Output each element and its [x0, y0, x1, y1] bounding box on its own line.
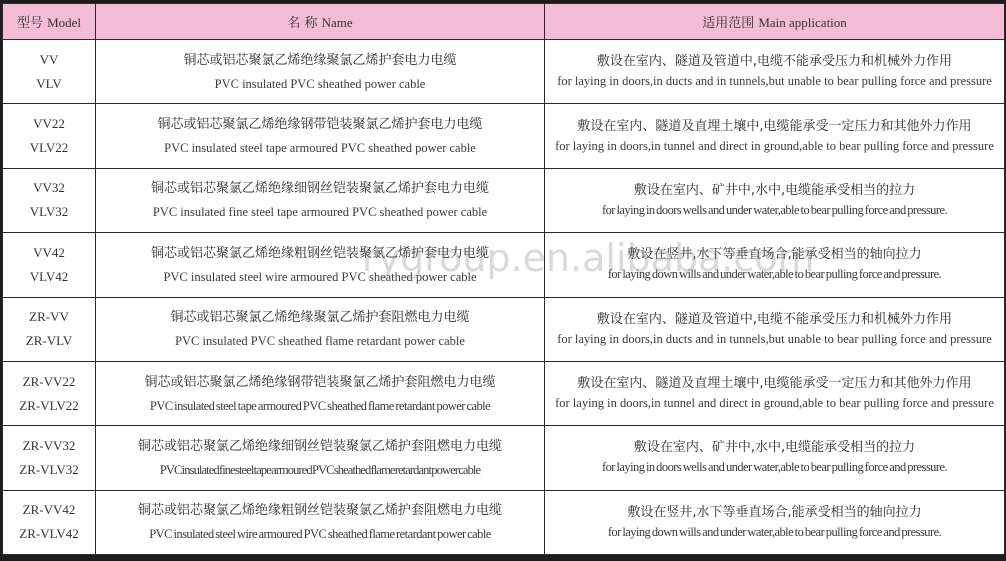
model-code-al: ZR-VLV22: [3, 394, 95, 418]
name-cell: 铜芯或铝芯聚氯乙烯绝缘粗钢丝铠装聚氯乙烯护套阻燃电力电缆 PVC insulat…: [96, 490, 545, 554]
name-cn: 铜芯或铝芯聚氯乙烯绝缘粗钢丝铠装聚氯乙烯护套电力电缆: [96, 243, 544, 265]
name-en: PVC insulated fine steel tape armoured P…: [96, 461, 544, 480]
application-cell: 敷设在室内、隧道及管道中,电缆不能承受压力和机械外力作用 for laying …: [545, 297, 1005, 361]
name-cn: 铜芯或铝芯聚氯乙烯绝缘细钢丝铠装聚氯乙烯护套阻燃电力电缆: [96, 436, 544, 458]
application-en: for laying in doors,in ducts and in tunn…: [545, 330, 1004, 349]
name-cell: 铜芯或铝芯聚氯乙烯绝缘细钢丝铠装聚氯乙烯护套阻燃电力电缆 PVC insulat…: [96, 426, 545, 490]
header-application-cn: 适用范围: [702, 16, 754, 31]
application-cell: 敷设在竖井,水下等垂直场合,能承受相当的轴向拉力 for laying down…: [545, 233, 1005, 297]
model-code-al: VLV: [3, 72, 95, 96]
model-code-al: ZR-VLV32: [3, 458, 95, 482]
header-application: 适用范围 Main application: [545, 4, 1005, 40]
table-row: VV VLV 铜芯或铝芯聚氯乙烯绝缘聚氯乙烯护套电力电缆 PVC insulat…: [3, 40, 1005, 104]
name-cell: 铜芯或铝芯聚氯乙烯绝缘粗钢丝铠装聚氯乙烯护套电力电缆 PVC insulated…: [96, 233, 545, 297]
name-cn: 铜芯或铝芯聚氯乙烯绝缘聚氯乙烯护套电力电缆: [96, 50, 544, 72]
application-cell: 敷设在室内、隧道及直埋土壤中,电缆能承受一定压力和其他外力作用 for layi…: [545, 104, 1005, 168]
application-en: for laying down wills and under water,ab…: [545, 265, 1004, 284]
application-cell: 敷设在室内、矿井中,水中,电缆能承受相当的拉力 for laying in do…: [545, 168, 1005, 232]
cable-spec-table-container: 型号 Model 名 称 Name 适用范围 Main application …: [2, 3, 1004, 555]
application-cn: 敷设在室内、隧道及直埋土壤中,电缆能承受一定压力和其他外力作用: [545, 374, 1004, 394]
header-model: 型号 Model: [3, 4, 96, 40]
application-en: for laying in doors wells and under wate…: [545, 458, 1004, 477]
name-cn: 铜芯或铝芯聚氯乙烯绝缘钢带铠装聚氯乙烯护套电力电缆: [96, 114, 544, 136]
application-en: for laying in doors,in tunnel and direct…: [545, 137, 1004, 156]
model-cell: ZR-VV ZR-VLV: [3, 297, 96, 361]
name-en: PVC insulated steel wire armoured PVC sh…: [96, 525, 544, 544]
header-name-cn: 名 称: [287, 16, 317, 31]
table-row: VV42 VLV42 铜芯或铝芯聚氯乙烯绝缘粗钢丝铠装聚氯乙烯护套电力电缆 PV…: [3, 233, 1005, 297]
application-cell: 敷设在室内、隧道及直埋土壤中,电缆能承受一定压力和其他外力作用 for layi…: [545, 361, 1005, 425]
model-cell: VV32 VLV32: [3, 168, 96, 232]
header-application-en: Main application: [758, 15, 846, 30]
name-cell: 铜芯或铝芯聚氯乙烯绝缘聚氯乙烯护套电力电缆 PVC insulated PVC …: [96, 40, 545, 104]
model-code-cu: VV: [3, 48, 95, 72]
application-cn: 敷设在室内、矿井中,水中,电缆能承受相当的拉力: [545, 181, 1004, 201]
name-cell: 铜芯或铝芯聚氯乙烯绝缘细钢丝铠装聚氯乙烯护套电力电缆 PVC insulated…: [96, 168, 545, 232]
model-code-cu: VV32: [3, 176, 95, 200]
name-cn: 铜芯或铝芯聚氯乙烯绝缘聚氯乙烯护套阻燃电力电缆: [96, 307, 544, 329]
table-row: ZR-VV ZR-VLV 铜芯或铝芯聚氯乙烯绝缘聚氯乙烯护套阻燃电力电缆 PVC…: [3, 297, 1005, 361]
name-en: PVC insulated steel tape armoured PVC sh…: [96, 397, 544, 416]
name-cn: 铜芯或铝芯聚氯乙烯绝缘粗钢丝铠装聚氯乙烯护套阻燃电力电缆: [96, 500, 544, 522]
model-code-cu: ZR-VV: [3, 305, 95, 329]
header-name: 名 称 Name: [96, 4, 545, 40]
application-cell: 敷设在室内、矿井中,水中,电缆能承受相当的拉力 for laying in do…: [545, 426, 1005, 490]
application-en: for laying down wills and under water,ab…: [545, 523, 1004, 542]
model-code-cu: VV22: [3, 112, 95, 136]
model-code-cu: ZR-VV42: [3, 498, 95, 522]
application-cell: 敷设在竖井,水下等垂直场合,能承受相当的轴向拉力 for laying down…: [545, 490, 1005, 554]
table-header-row: 型号 Model 名 称 Name 适用范围 Main application: [3, 4, 1005, 40]
name-cell: 铜芯或铝芯聚氯乙烯绝缘钢带铠装聚氯乙烯护套阻燃电力电缆 PVC insulate…: [96, 361, 545, 425]
application-cn: 敷设在室内、隧道及管道中,电缆不能承受压力和机械外力作用: [545, 52, 1004, 72]
model-cell: VV42 VLV42: [3, 233, 96, 297]
header-model-cn: 型号: [17, 16, 43, 31]
model-cell: VV VLV: [3, 40, 96, 104]
application-cn: 敷设在室内、隧道及直埋土壤中,电缆能承受一定压力和其他外力作用: [545, 117, 1004, 137]
table-row: ZR-VV22 ZR-VLV22 铜芯或铝芯聚氯乙烯绝缘钢带铠装聚氯乙烯护套阻燃…: [3, 361, 1005, 425]
name-en: PVC insulated PVC sheathed flame retarda…: [96, 332, 544, 351]
model-cell: VV22 VLV22: [3, 104, 96, 168]
model-cell: ZR-VV22 ZR-VLV22: [3, 361, 96, 425]
model-cell: ZR-VV32 ZR-VLV32: [3, 426, 96, 490]
header-name-en: Name: [322, 15, 353, 30]
application-cn: 敷设在竖井,水下等垂直场合,能承受相当的轴向拉力: [545, 245, 1004, 265]
table-row: ZR-VV32 ZR-VLV32 铜芯或铝芯聚氯乙烯绝缘细钢丝铠装聚氯乙烯护套阻…: [3, 426, 1005, 490]
name-cn: 铜芯或铝芯聚氯乙烯绝缘细钢丝铠装聚氯乙烯护套电力电缆: [96, 178, 544, 200]
model-code-al: VLV42: [3, 265, 95, 289]
model-code-al: ZR-VLV42: [3, 522, 95, 546]
model-code-al: VLV22: [3, 136, 95, 160]
header-model-en: Model: [47, 15, 81, 30]
table-row: ZR-VV42 ZR-VLV42 铜芯或铝芯聚氯乙烯绝缘粗钢丝铠装聚氯乙烯护套阻…: [3, 490, 1005, 554]
name-cell: 铜芯或铝芯聚氯乙烯绝缘钢带铠装聚氯乙烯护套电力电缆 PVC insulated …: [96, 104, 545, 168]
table-row: VV22 VLV22 铜芯或铝芯聚氯乙烯绝缘钢带铠装聚氯乙烯护套电力电缆 PVC…: [3, 104, 1005, 168]
model-cell: ZR-VV42 ZR-VLV42: [3, 490, 96, 554]
model-code-cu: ZR-VV22: [3, 370, 95, 394]
application-cell: 敷设在室内、隧道及管道中,电缆不能承受压力和机械外力作用 for laying …: [545, 40, 1005, 104]
name-en: PVC insulated fine steel tape armoured P…: [96, 203, 544, 222]
model-code-cu: ZR-VV32: [3, 434, 95, 458]
application-cn: 敷设在室内、隧道及管道中,电缆不能承受压力和机械外力作用: [545, 310, 1004, 330]
model-code-cu: VV42: [3, 241, 95, 265]
application-en: for laying in doors wells and under wate…: [545, 201, 1004, 220]
application-en: for laying in doors,in tunnel and direct…: [545, 394, 1004, 413]
name-cell: 铜芯或铝芯聚氯乙烯绝缘聚氯乙烯护套阻燃电力电缆 PVC insulated PV…: [96, 297, 545, 361]
application-cn: 敷设在室内、矿井中,水中,电缆能承受相当的拉力: [545, 438, 1004, 458]
name-en: PVC insulated PVC sheathed power cable: [96, 75, 544, 94]
model-code-al: ZR-VLV: [3, 329, 95, 353]
application-cn: 敷设在竖井,水下等垂直场合,能承受相当的轴向拉力: [545, 503, 1004, 523]
cable-spec-table: 型号 Model 名 称 Name 适用范围 Main application …: [2, 3, 1005, 555]
application-en: for laying in doors,in ducts and in tunn…: [545, 72, 1004, 91]
table-row: VV32 VLV32 铜芯或铝芯聚氯乙烯绝缘细钢丝铠装聚氯乙烯护套电力电缆 PV…: [3, 168, 1005, 232]
name-en: PVC insulated steel tape armoured PVC sh…: [96, 139, 544, 158]
name-en: PVC insulated steel wire armoured PVC sh…: [96, 268, 544, 287]
model-code-al: VLV32: [3, 200, 95, 224]
name-cn: 铜芯或铝芯聚氯乙烯绝缘钢带铠装聚氯乙烯护套阻燃电力电缆: [96, 372, 544, 394]
